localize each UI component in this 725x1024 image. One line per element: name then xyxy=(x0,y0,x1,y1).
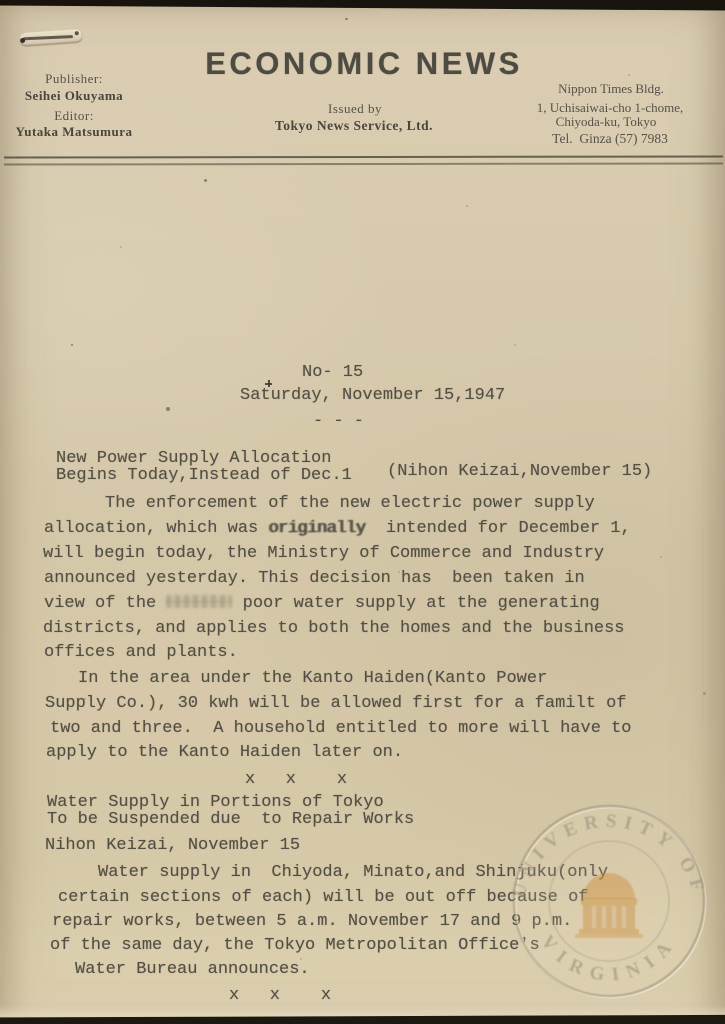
typed-line: repair works, between 5 a.m. November 17… xyxy=(52,912,572,931)
issue-number: No- 15 xyxy=(302,363,363,382)
paper-speck xyxy=(166,407,170,411)
section-separator: x x x xyxy=(245,770,347,789)
paper-speck xyxy=(660,556,662,558)
section-separator: x x x xyxy=(229,986,331,1005)
staple-hole-right xyxy=(75,31,79,35)
article1-headline-line2: Begins Today,Instead of Dec.1 xyxy=(56,466,352,485)
paper-speck xyxy=(71,344,73,346)
masthead-divider-top xyxy=(4,155,723,158)
issuer-name: Tokyo News Service, Ltd. xyxy=(275,118,433,134)
typed-line: In the area under the Kanto Haiden(Kanto… xyxy=(78,669,547,688)
line-segment: poor water supply at the generating xyxy=(232,594,599,613)
paper-speck xyxy=(120,246,122,248)
typed-line: districts, and applies to both the homes… xyxy=(43,619,625,638)
line-segment: allocation, which was xyxy=(44,519,268,538)
typed-line: announced yesterday. This decision has b… xyxy=(44,569,585,588)
publisher-label: Publisher: xyxy=(45,71,103,87)
typed-line: apply to the Kanto Haiden later on. xyxy=(46,743,403,762)
address-line-3: Chiyoda-ku, Tokyo xyxy=(556,114,657,130)
typed-line: allocation, which was originally intende… xyxy=(44,519,631,538)
issue-dashes: - - - xyxy=(313,412,364,431)
typed-line: offices and plants. xyxy=(44,643,238,662)
overstruck-word: originally xyxy=(268,519,365,538)
university-of-virginia-stamp: UNIVERSITY OF VIRGINIA xyxy=(499,791,719,1011)
address-line-1: Nippon Times Bldg. xyxy=(558,81,664,97)
typed-line: The enforcement of the new electric powe… xyxy=(105,494,595,513)
masthead-divider-bottom xyxy=(4,162,723,165)
paper-speck xyxy=(628,74,630,76)
newsletter-title: ECONOMIC NEWS xyxy=(205,46,523,83)
article2-headline-line2: To be Suspended due to Repair Works xyxy=(47,810,414,829)
paper-speck xyxy=(398,571,400,573)
paper-speck xyxy=(84,698,86,700)
paper-speck xyxy=(300,958,302,960)
line-segment: intended for December 1, xyxy=(365,519,630,538)
telephone-line: Tel. Ginza (57) 7983 xyxy=(552,131,668,147)
paper-speck xyxy=(514,344,516,346)
scan-edge-top xyxy=(0,0,725,12)
newsletter-page: Publisher: Seihei Okuyama Editor: Yutaka… xyxy=(0,0,725,1024)
typed-line: Water Bureau announces. xyxy=(75,960,310,979)
typewriter-overstrike-mark xyxy=(265,380,272,387)
staple-slit xyxy=(23,35,73,40)
article1-source: (Nihon Keizai,November 15) xyxy=(387,462,652,481)
worn-bottom-edge xyxy=(0,1005,725,1017)
issued-by-label: Issued by xyxy=(328,101,382,117)
typed-line: Supply Co.), 30 kwh will be allowed firs… xyxy=(45,694,627,713)
article2-byline: Nihon Keizai, November 15 xyxy=(45,836,300,855)
typed-line: of the same day, the Tokyo Metropolitan … xyxy=(50,936,540,955)
line-segment: view of the xyxy=(44,594,166,613)
typed-line: will begin today, the Ministry of Commer… xyxy=(43,544,604,563)
typed-line: two and three. A household entitled to m… xyxy=(50,719,632,738)
staple-mark xyxy=(20,29,83,46)
paper-speck xyxy=(345,18,348,20)
paper-speck xyxy=(703,692,706,695)
editor-name: Yutaka Matsumura xyxy=(16,124,133,140)
paper-speck xyxy=(204,179,207,182)
typed-line: view of the poor water supply at the gen… xyxy=(44,594,600,613)
paper-speck xyxy=(466,205,468,207)
issue-date: Saturday, November 15,1947 xyxy=(240,386,505,405)
editor-label: Editor: xyxy=(54,108,94,124)
publisher-name: Seihei Okuyama xyxy=(25,88,123,104)
erased-word-smudge xyxy=(166,595,232,608)
